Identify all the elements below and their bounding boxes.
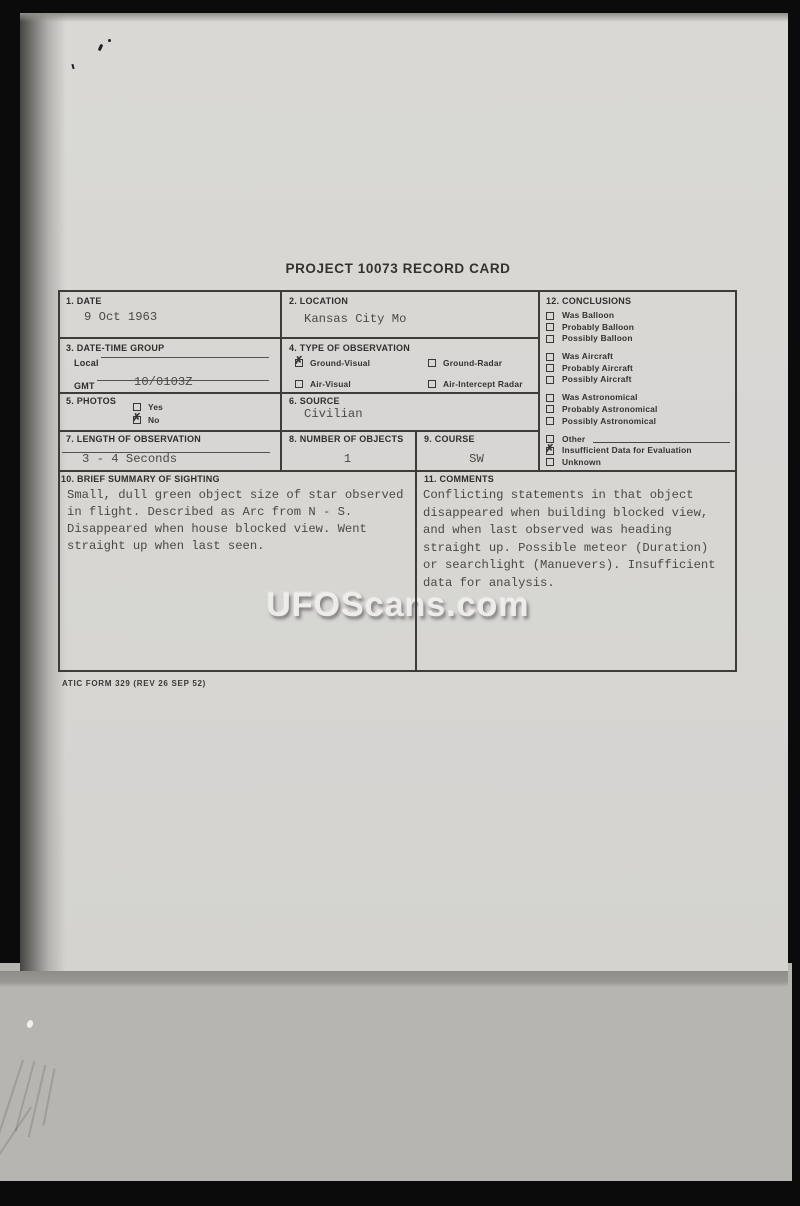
gmt-time-label: GMT	[74, 381, 95, 391]
source-field-label: 6. SOURCE	[289, 396, 340, 406]
air-visual-checkbox	[295, 380, 303, 388]
conclusion-probably-balloon: Probably Balloon	[546, 323, 732, 332]
conclusion-possibly-aircraft: Possibly Aircraft	[546, 375, 732, 384]
possibly-balloon-checkbox	[546, 335, 554, 343]
probably-balloon-label: Probably Balloon	[562, 323, 634, 332]
length-of-observation-label: 7. LENGTH OF OBSERVATION	[66, 434, 201, 444]
conclusion-insufficient-data: Insufficient Data for Evaluation	[546, 446, 732, 455]
conclusion-possibly-balloon: Possibly Balloon	[546, 334, 732, 343]
unknown-checkbox	[546, 458, 554, 466]
table-vertical-rule	[538, 290, 540, 470]
date-value: 9 Oct 1963	[84, 310, 157, 324]
brief-summary-label: 10. BRIEF SUMMARY OF SIGHTING	[61, 474, 220, 484]
ground-visual-label: Ground-Visual	[310, 358, 370, 368]
air-intercept-radar-label: Air-Intercept Radar	[443, 379, 523, 389]
was-balloon-checkbox	[546, 312, 554, 320]
type-of-observation-label: 4. TYPE OF OBSERVATION	[289, 343, 410, 353]
table-horizontal-rule	[58, 392, 538, 394]
conclusions-list: Was Balloon Probably Balloon Possibly Ba…	[546, 311, 732, 469]
table-horizontal-rule	[58, 337, 538, 339]
table-vertical-rule	[415, 430, 417, 672]
photos-no-checkbox	[133, 416, 141, 424]
number-of-objects-label: 8. NUMBER OF OBJECTS	[289, 434, 404, 444]
course-field-label: 9. COURSE	[424, 434, 475, 444]
possibly-balloon-label: Possibly Balloon	[562, 334, 633, 343]
other-label: Other	[562, 435, 585, 444]
possibly-aircraft-checkbox	[546, 376, 554, 384]
conclusion-was-balloon: Was Balloon	[546, 311, 732, 320]
photos-no-option: No	[133, 415, 160, 425]
ground-visual-checkbox	[295, 359, 303, 367]
air-intercept-radar-option: Air-Intercept Radar	[428, 379, 523, 389]
date-field-label: 1. DATE	[66, 296, 102, 306]
insufficient-data-checkbox	[546, 447, 554, 455]
conclusion-possibly-astronomical: Possibly Astronomical	[546, 417, 732, 426]
card-title: PROJECT 10073 RECORD CARD	[58, 261, 738, 276]
number-of-objects-value: 1	[282, 452, 413, 466]
page-bottom-edge-shadow	[0, 971, 788, 987]
air-visual-label: Air-Visual	[310, 379, 351, 389]
conclusion-probably-aircraft: Probably Aircraft	[546, 364, 732, 373]
conclusions-label: 12. CONCLUSIONS	[546, 296, 631, 306]
air-visual-option: Air-Visual	[295, 379, 351, 389]
form-number: ATIC FORM 329 (REV 26 SEP 52)	[62, 679, 206, 688]
gmt-time-value: 10/0103Z	[134, 375, 193, 389]
length-of-observation-value: 3 - 4 Seconds	[82, 452, 177, 466]
local-time-label: Local	[74, 358, 99, 368]
possibly-astronomical-label: Possibly Astronomical	[562, 417, 656, 426]
possibly-aircraft-label: Possibly Aircraft	[562, 375, 632, 384]
ground-radar-option: Ground-Radar	[428, 358, 502, 368]
course-value: SW	[417, 452, 536, 466]
air-intercept-radar-checkbox	[428, 380, 436, 388]
table-vertical-rule	[280, 290, 282, 470]
photos-yes-checkbox	[133, 403, 141, 411]
page-top-edge-shadow	[20, 13, 788, 22]
was-aircraft-label: Was Aircraft	[562, 352, 613, 361]
table-horizontal-rule	[58, 470, 737, 472]
was-astronomical-checkbox	[546, 394, 554, 402]
other-checkbox	[546, 435, 554, 443]
conclusion-other: Other	[546, 435, 732, 444]
probably-balloon-checkbox	[546, 323, 554, 331]
brief-summary-text: Small, dull green object size of star ob…	[67, 487, 413, 555]
conclusion-was-astronomical: Was Astronomical	[546, 393, 732, 402]
conclusion-unknown: Unknown	[546, 458, 732, 467]
ground-radar-checkbox	[428, 359, 436, 367]
local-time-blank-line	[101, 357, 269, 358]
unknown-label: Unknown	[562, 458, 601, 467]
table-horizontal-rule	[58, 430, 538, 432]
probably-aircraft-label: Probably Aircraft	[562, 364, 633, 373]
backing-sheet	[0, 963, 792, 1181]
photos-field-label: 5. PHOTOS	[66, 396, 116, 406]
was-astronomical-label: Was Astronomical	[562, 393, 638, 402]
ink-speck	[108, 39, 111, 42]
ground-visual-option: Ground-Visual	[295, 358, 370, 368]
conclusion-probably-astronomical: Probably Astronomical	[546, 405, 732, 414]
photos-yes-option: Yes	[133, 402, 163, 412]
insufficient-data-label: Insufficient Data for Evaluation	[562, 446, 692, 455]
ground-radar-label: Ground-Radar	[443, 358, 502, 368]
probably-astronomical-label: Probably Astronomical	[562, 405, 658, 414]
was-aircraft-checkbox	[546, 353, 554, 361]
source-value: Civilian	[304, 407, 363, 421]
location-value: Kansas City Mo	[304, 312, 406, 326]
probably-astronomical-checkbox	[546, 405, 554, 413]
was-balloon-label: Was Balloon	[562, 311, 614, 320]
probably-aircraft-checkbox	[546, 364, 554, 372]
possibly-astronomical-checkbox	[546, 417, 554, 425]
conclusion-was-aircraft: Was Aircraft	[546, 352, 732, 361]
scanned-document-photo: UFOScans.com PROJECT 10073 RECORD CARD 1…	[0, 0, 800, 1206]
length-of-observation-line	[62, 452, 270, 453]
location-field-label: 2. LOCATION	[289, 296, 348, 306]
other-blank-line	[593, 435, 730, 443]
comments-label: 11. COMMENTS	[424, 474, 494, 484]
comments-text: Conflicting statements in that object di…	[423, 487, 735, 592]
date-time-group-label: 3. DATE-TIME GROUP	[66, 343, 164, 353]
photos-no-label: No	[148, 415, 160, 425]
photos-yes-label: Yes	[148, 402, 163, 412]
